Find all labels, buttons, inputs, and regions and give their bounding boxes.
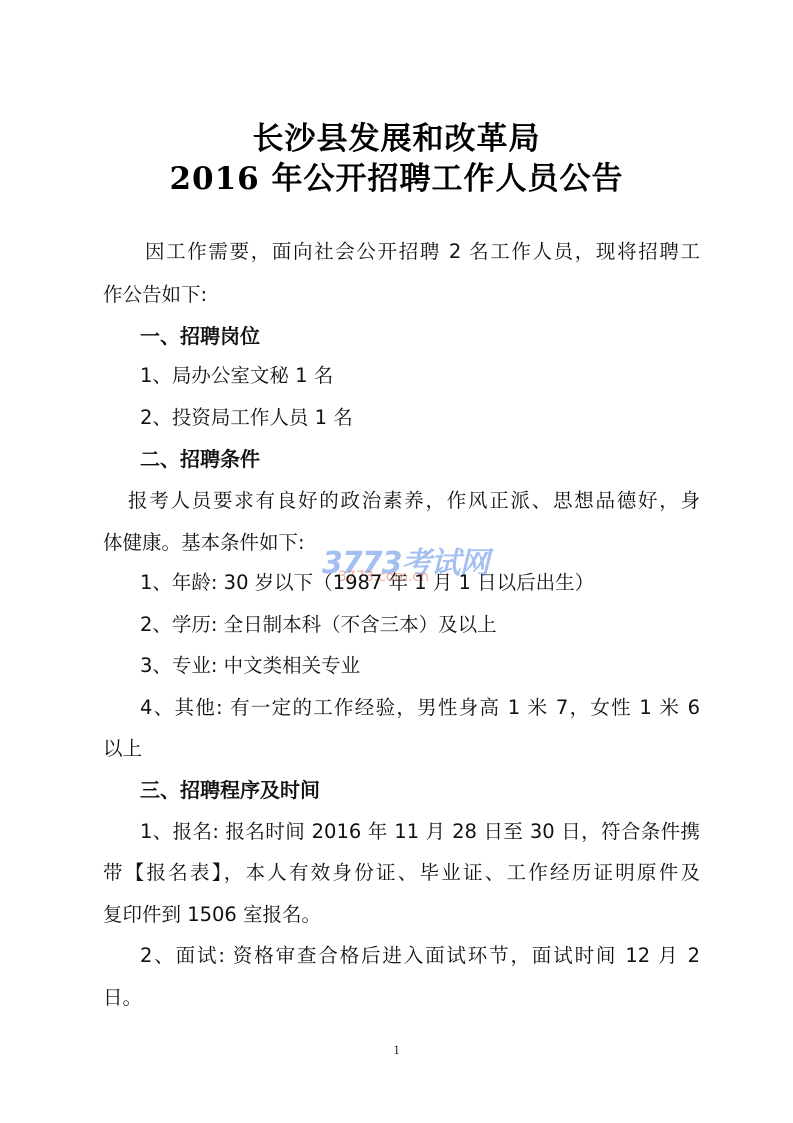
requirements-paragraph-line-1: 报考人员要求有良好的政治素养，作风正派、思想品德好，身	[128, 485, 700, 513]
intro-paragraph-line-2: 作公告如下:	[103, 279, 207, 307]
requirement-item-major: 3、专业: 中文类相关专业	[140, 650, 360, 678]
title-line-1: 长沙县发展和改革局	[0, 113, 793, 158]
intro-paragraph-line-1: 因工作需要，面向社会公开招聘 2 名工作人员，现将招聘工	[145, 236, 700, 264]
document-page: 长沙县发展和改革局 2016 年公开招聘工作人员公告 因工作需要，面向社会公开招…	[0, 0, 793, 1123]
requirement-item-other-cont: 以上	[103, 733, 142, 761]
procedure-registration-line-3: 复印件到 1506 室报名。	[103, 899, 321, 927]
procedure-registration-line-1: 1、报名: 报名时间 2016 年 11 月 28 日至 30 日，符合条件携	[140, 816, 700, 844]
section-heading-procedure: 三、招聘程序及时间	[140, 774, 320, 803]
title-line-2: 2016 年公开招聘工作人员公告	[0, 153, 793, 198]
procedure-registration-line-2: 带【报名表】，本人有效身份证、毕业证、工作经历证明原件及	[103, 857, 700, 885]
page-number: 1	[0, 1042, 793, 1058]
section-heading-positions: 一、招聘岗位	[140, 320, 260, 349]
position-item-1: 1、局办公室文秘 1 名	[140, 360, 333, 388]
position-item-2: 2、投资局工作人员 1 名	[140, 402, 353, 430]
requirement-item-other: 4、其他: 有一定的工作经验，男性身高 1 米 7，女性 1 米 6	[140, 692, 700, 720]
section-heading-requirements: 二、招聘条件	[140, 443, 260, 472]
requirement-item-age: 1、年龄: 30 岁以下（1987 年 1 月 1 日以后出生）	[140, 567, 594, 595]
requirements-paragraph-line-2: 体健康。基本条件如下:	[103, 527, 305, 555]
procedure-interview-line-1: 2、面试: 资格审查合格后进入面试环节，面试时间 12 月 2	[140, 940, 700, 968]
requirement-item-education: 2、学历: 全日制本科（不含三本）及以上	[140, 609, 497, 637]
procedure-interview-line-2: 日。	[103, 982, 142, 1010]
